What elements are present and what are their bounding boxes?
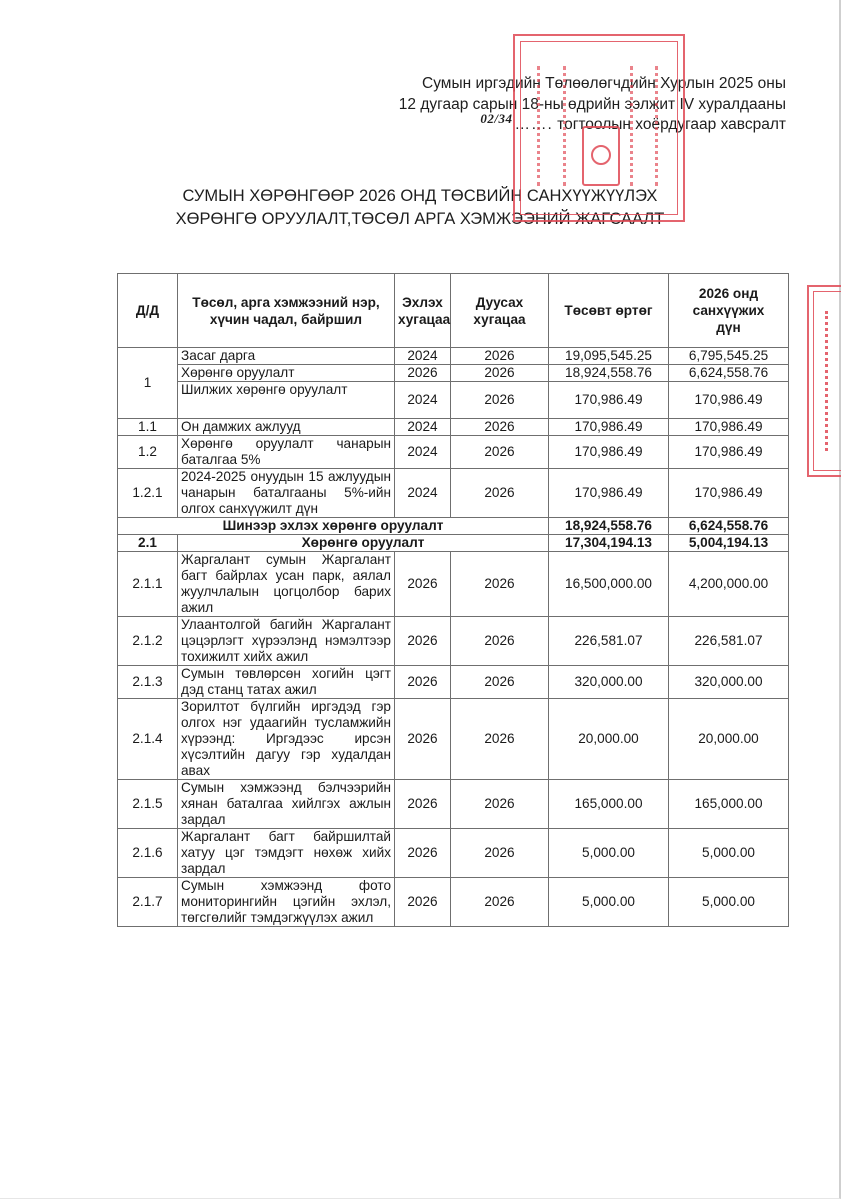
row-budget: 5,000.00 xyxy=(549,829,669,878)
annex-header: Сумын иргэдийн Төлөөлөгчдийн Хурлын 2025… xyxy=(399,74,786,136)
table-row: 2.1.1Жаргалант сумын Жаргалант багт байр… xyxy=(118,552,789,617)
annex-line-2: 12 дугаар сарын 18-ны өдрийн ээлжит IV х… xyxy=(399,95,786,116)
row-end: 2026 xyxy=(451,780,549,829)
row-end: 2026 xyxy=(451,469,549,518)
row-budget: 170,986.49 xyxy=(549,419,669,436)
title-line-2: ХӨРӨНГӨ ОРУУЛАЛТ,ТӨСӨЛ АРГА ХЭМЖЭЭНИЙ ЖА… xyxy=(120,208,720,231)
subtotal-label: Шинээр эхлэх хөрөнгө оруулалт xyxy=(118,518,549,535)
row-end: 2026 xyxy=(451,419,549,436)
table-row: 1.1Он дамжих ажлууд20242026170,986.49170… xyxy=(118,419,789,436)
table-header-row: Д/Д Төсөл, арга хэмжээний нэр, хүчин чад… xyxy=(118,274,789,348)
row-name: Хөрөнгө оруулалт чанарын баталгаа 5% xyxy=(178,436,395,469)
section-funding: 5,004,194.13 xyxy=(669,535,789,552)
row-end: 2026 xyxy=(451,365,549,382)
table-row: 2.1.2Улаантолгой багийн Жаргалант цэцэрл… xyxy=(118,617,789,666)
row-num: 2.1.6 xyxy=(118,829,178,878)
row-budget: 170,986.49 xyxy=(549,469,669,518)
row-name: Хөрөнгө оруулалт xyxy=(178,365,395,382)
header-num: Д/Д xyxy=(118,274,178,348)
row-start: 2024 xyxy=(395,348,451,365)
row-end: 2026 xyxy=(451,436,549,469)
row-funding: 170,986.49 xyxy=(669,382,789,419)
investment-table: Д/Д Төсөл, арга хэмжээний нэр, хүчин чад… xyxy=(117,273,789,927)
header-funding: 2026 онд санхүүжих дүн xyxy=(669,274,789,348)
row-start: 2024 xyxy=(395,382,451,419)
row-budget: 170,986.49 xyxy=(549,436,669,469)
row-num: 1.1 xyxy=(118,419,178,436)
row-num: 2.1.4 xyxy=(118,699,178,780)
subtotal-budget: 18,924,558.76 xyxy=(549,518,669,535)
section-num: 2.1 xyxy=(118,535,178,552)
row-end: 2026 xyxy=(451,699,549,780)
row-start: 2026 xyxy=(395,829,451,878)
row-budget: 165,000.00 xyxy=(549,780,669,829)
row-budget: 170,986.49 xyxy=(549,382,669,419)
row-funding: 320,000.00 xyxy=(669,666,789,699)
decision-number: 02/34 xyxy=(480,111,512,126)
row-funding: 170,986.49 xyxy=(669,436,789,469)
row-num: 1 xyxy=(118,348,178,419)
row-budget: 226,581.07 xyxy=(549,617,669,666)
table-row: 2.1.6Жаргалант багт байршилтай хатуу цэг… xyxy=(118,829,789,878)
row-end: 2026 xyxy=(451,666,549,699)
row-start: 2026 xyxy=(395,365,451,382)
table-row: 2.1.3Сумын төвлөрсөн хогийн цэгт дэд ста… xyxy=(118,666,789,699)
row-funding: 20,000.00 xyxy=(669,699,789,780)
section-budget: 17,304,194.13 xyxy=(549,535,669,552)
row-funding: 6,624,558.76 xyxy=(669,365,789,382)
header-end: Дуусах хугацаа xyxy=(451,274,549,348)
row-end: 2026 xyxy=(451,552,549,617)
table-row: 1.2.12024-2025 онуудын 15 ажлуудын чанар… xyxy=(118,469,789,518)
row-start: 2026 xyxy=(395,666,451,699)
row-end: 2026 xyxy=(451,617,549,666)
row-name-text: Шилжих хөрөнгө оруулалт xyxy=(181,382,347,397)
annex-line-3: 02/34……. тогтоолын хоёрдугаар хавсралт xyxy=(399,115,786,136)
row-name: Засаг дарга xyxy=(178,348,395,365)
row-num: 2.1.7 xyxy=(118,878,178,927)
row-name: Улаантолгой багийн Жаргалант цэцэрлэгт х… xyxy=(178,617,395,666)
row-funding: 5,000.00 xyxy=(669,878,789,927)
title-line-1: СУМЫН ХӨРӨНГӨӨР 2026 ОНД ТӨСВИЙН САНХҮҮЖ… xyxy=(120,185,720,208)
annex-line-3-text: тогтоолын хоёрдугаар хавсралт xyxy=(557,116,786,133)
table-row: 2.1.4Зорилтот бүлгийн иргэдэд гэр олгох … xyxy=(118,699,789,780)
row-end: 2026 xyxy=(451,348,549,365)
row-name: Зорилтот бүлгийн иргэдэд гэр олгох нэг у… xyxy=(178,699,395,780)
row-budget: 18,924,558.76 xyxy=(549,365,669,382)
row-start: 2026 xyxy=(395,699,451,780)
row-start: 2026 xyxy=(395,780,451,829)
row-end: 2026 xyxy=(451,382,549,419)
row-num: 2.1.5 xyxy=(118,780,178,829)
row-name: Жаргалант сумын Жаргалант багт байрлах у… xyxy=(178,552,395,617)
row-name: Сумын хэмжээнд фото мониторингийн цэгийн… xyxy=(178,878,395,927)
row-budget: 20,000.00 xyxy=(549,699,669,780)
section-row: 2.1 Хөрөнгө оруулалт 17,304,194.13 5,004… xyxy=(118,535,789,552)
row-start: 2026 xyxy=(395,878,451,927)
row-start: 2024 xyxy=(395,436,451,469)
annex-line-1: Сумын иргэдийн Төлөөлөгчдийн Хурлын 2025… xyxy=(399,74,786,95)
row-funding: 170,986.49 xyxy=(669,419,789,436)
row-start: 2026 xyxy=(395,617,451,666)
table-row: 2.1.7Сумын хэмжээнд фото мониторингийн ц… xyxy=(118,878,789,927)
row-budget: 5,000.00 xyxy=(549,878,669,927)
table-row: 1 Засаг дарга 2024 2026 19,095,545.25 6,… xyxy=(118,348,789,365)
header-name: Төсөл, арга хэмжээний нэр, хүчин чадал, … xyxy=(178,274,395,348)
header-start: Эхлэх хугацаа xyxy=(395,274,451,348)
row-start: 2024 xyxy=(395,419,451,436)
row-budget: 19,095,545.25 xyxy=(549,348,669,365)
row-start: 2024 xyxy=(395,469,451,518)
table-row: 2.1.5Сумын хэмжээнд бэлчээрийн хянан бат… xyxy=(118,780,789,829)
dots: ……. xyxy=(515,116,553,133)
row-num: 1.2.1 xyxy=(118,469,178,518)
table-row: Хөрөнгө оруулалт 2026 2026 18,924,558.76… xyxy=(118,365,789,382)
subtotal-row: Шинээр эхлэх хөрөнгө оруулалт 18,924,558… xyxy=(118,518,789,535)
row-budget: 16,500,000.00 xyxy=(549,552,669,617)
subtotal-funding: 6,624,558.76 xyxy=(669,518,789,535)
row-end: 2026 xyxy=(451,878,549,927)
table-row: Шилжих хөрөнгө оруулалт 2024 2026 170,98… xyxy=(118,382,789,419)
table-row: 1.2Хөрөнгө оруулалт чанарын баталгаа 5%2… xyxy=(118,436,789,469)
row-num: 2.1.2 xyxy=(118,617,178,666)
section-label: Хөрөнгө оруулалт xyxy=(178,535,549,552)
row-name: Жаргалант багт байршилтай хатуу цэг тэмд… xyxy=(178,829,395,878)
row-funding: 226,581.07 xyxy=(669,617,789,666)
row-name: Шилжих хөрөнгө оруулалт xyxy=(178,382,395,419)
row-name: Он дамжих ажлууд xyxy=(178,419,395,436)
row-budget: 320,000.00 xyxy=(549,666,669,699)
document-title: СУМЫН ХӨРӨНГӨӨР 2026 ОНД ТӨСВИЙН САНХҮҮЖ… xyxy=(120,185,720,231)
row-funding: 6,795,545.25 xyxy=(669,348,789,365)
row-funding: 170,986.49 xyxy=(669,469,789,518)
row-funding: 165,000.00 xyxy=(669,780,789,829)
row-num: 1.2 xyxy=(118,436,178,469)
row-start: 2026 xyxy=(395,552,451,617)
row-name: Сумын төвлөрсөн хогийн цэгт дэд станц та… xyxy=(178,666,395,699)
row-funding: 5,000.00 xyxy=(669,829,789,878)
row-funding: 4,200,000.00 xyxy=(669,552,789,617)
row-end: 2026 xyxy=(451,829,549,878)
header-budget: Төсөвт өртөг xyxy=(549,274,669,348)
row-num: 2.1.3 xyxy=(118,666,178,699)
row-name: Сумын хэмжээнд бэлчээрийн хянан баталгаа… xyxy=(178,780,395,829)
row-name: 2024-2025 онуудын 15 ажлуудын чанарын ба… xyxy=(178,469,395,518)
row-num: 2.1.1 xyxy=(118,552,178,617)
